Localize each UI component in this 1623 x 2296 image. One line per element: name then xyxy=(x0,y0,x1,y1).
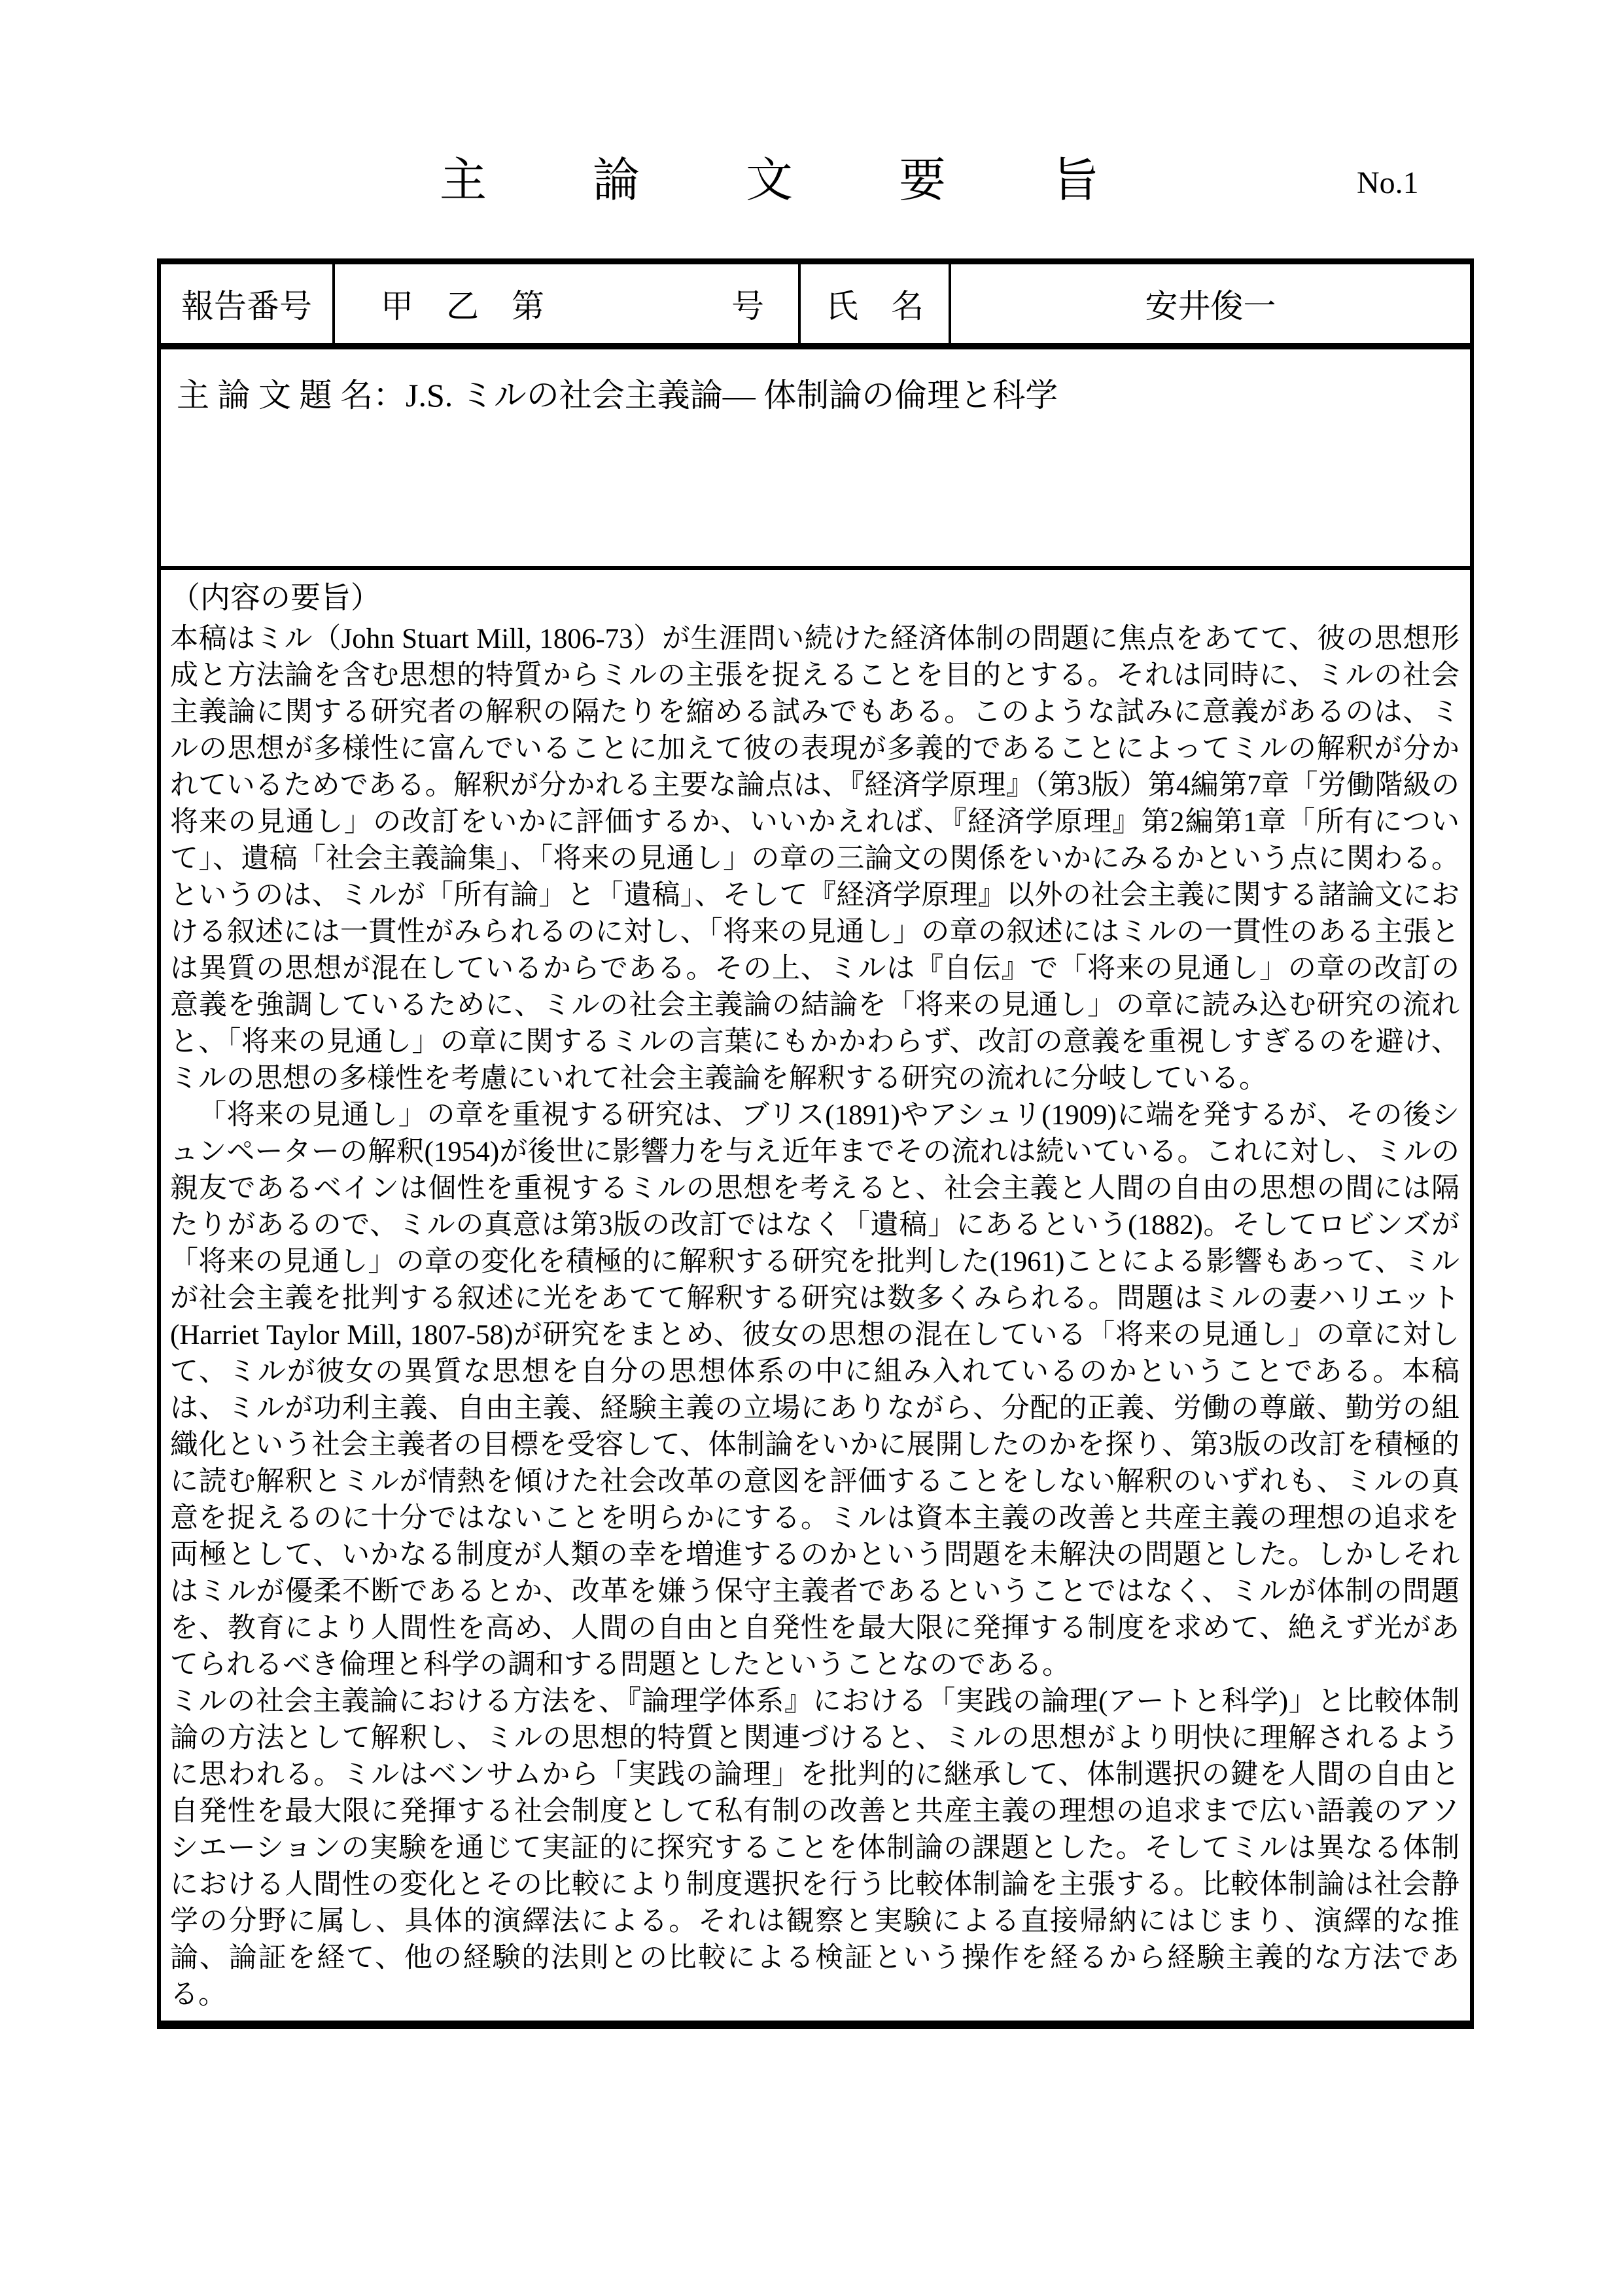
thesis-title-label: 主 論 文 題 名： xyxy=(177,377,406,414)
abstract-paragraph: 本稿はミル（John Stuart Mill, 1806-73）が生涯問い続けた… xyxy=(170,621,1459,1097)
document-page: 主論文要旨 No.1 報告番号 甲 乙 第 号 氏 名 安井俊一 主 論 文 題… xyxy=(0,0,1623,2296)
abstract-paragraph: 「将来の見通し」の章を重視する研究は、ブリス(1891)やアシュリ(1909)に… xyxy=(170,1097,1459,1684)
thesis-title-row: 主 論 文 題 名：J.S. ミルの社会主義論— 体制論の倫理と科学 xyxy=(161,349,1470,570)
report-number-prefix: 甲 乙 第 xyxy=(381,280,544,327)
abstract-heading: （内容の要旨） xyxy=(170,578,1459,618)
abstract-paragraph: ミルの社会主義論における方法を、『論理学体系』における「実践の論理(アートと科学… xyxy=(170,1684,1459,2013)
name-value: 安井俊一 xyxy=(951,264,1470,343)
abstract-form-table: 報告番号 甲 乙 第 号 氏 名 安井俊一 主 論 文 題 名：J.S. ミルの… xyxy=(157,258,1474,2029)
name-label: 氏 名 xyxy=(801,264,951,343)
page-title: 主論文要旨 xyxy=(440,157,1205,204)
report-number-label: 報告番号 xyxy=(161,264,335,343)
report-number-suffix: 号 xyxy=(731,280,764,327)
abstract-content: （内容の要旨） 本稿はミル（John Stuart Mill, 1806-73）… xyxy=(161,570,1470,2021)
report-number-value: 甲 乙 第 号 xyxy=(335,264,801,343)
report-number-row: 報告番号 甲 乙 第 号 氏 名 安井俊一 xyxy=(161,264,1470,349)
thesis-title-value: J.S. ミルの社会主義論— 体制論の倫理と科学 xyxy=(406,377,1058,414)
page-number: No.1 xyxy=(1357,168,1419,199)
